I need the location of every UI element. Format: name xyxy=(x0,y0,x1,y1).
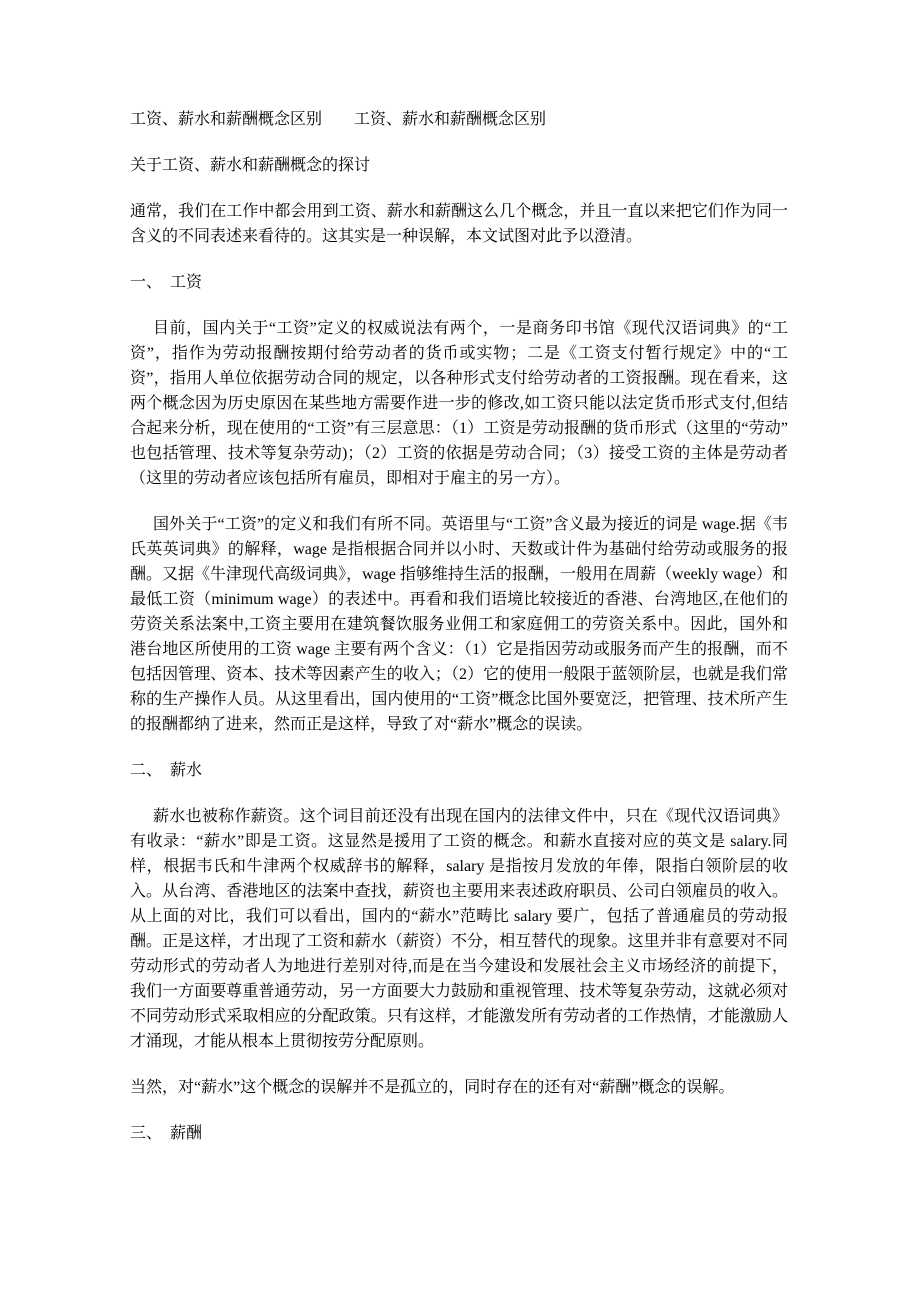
paragraph-wage-foreign: 国外关于“工资”的定义和我们有所不同。英语里与“工资”含义最为接近的词是 wag… xyxy=(130,512,788,737)
document-page: 工资、薪水和薪酬概念区别 工资、薪水和薪酬概念区别 关于工资、薪水和薪酬概念的探… xyxy=(0,0,920,1302)
heading-section-3: 三、 薪酬 xyxy=(130,1121,788,1146)
heading-section-1: 一、 工资 xyxy=(130,270,788,295)
heading-section-2: 二、 薪水 xyxy=(130,758,788,783)
paragraph-transition: 当然，对“薪水”这个概念的误解并不是孤立的，同时存在的还有对“薪酬”概念的误解。 xyxy=(130,1075,788,1100)
doc-subtitle: 关于工资、薪水和薪酬概念的探讨 xyxy=(130,153,788,178)
paragraph-wage-domestic: 目前，国内关于“工资”定义的权威说法有两个，一是商务印书馆《现代汉语词典》的“工… xyxy=(130,316,788,491)
doc-title-line: 工资、薪水和薪酬概念区别 工资、薪水和薪酬概念区别 xyxy=(130,107,788,132)
paragraph-salary: 薪水也被称作薪资。这个词目前还没有出现在国内的法律文件中，只在《现代汉语词典》有… xyxy=(130,804,788,1054)
document-body: 工资、薪水和薪酬概念区别 工资、薪水和薪酬概念区别 关于工资、薪水和薪酬概念的探… xyxy=(130,107,788,1167)
paragraph-intro: 通常，我们在工作中都会用到工资、薪水和薪酬这么几个概念，并且一直以来把它们作为同… xyxy=(130,199,788,249)
